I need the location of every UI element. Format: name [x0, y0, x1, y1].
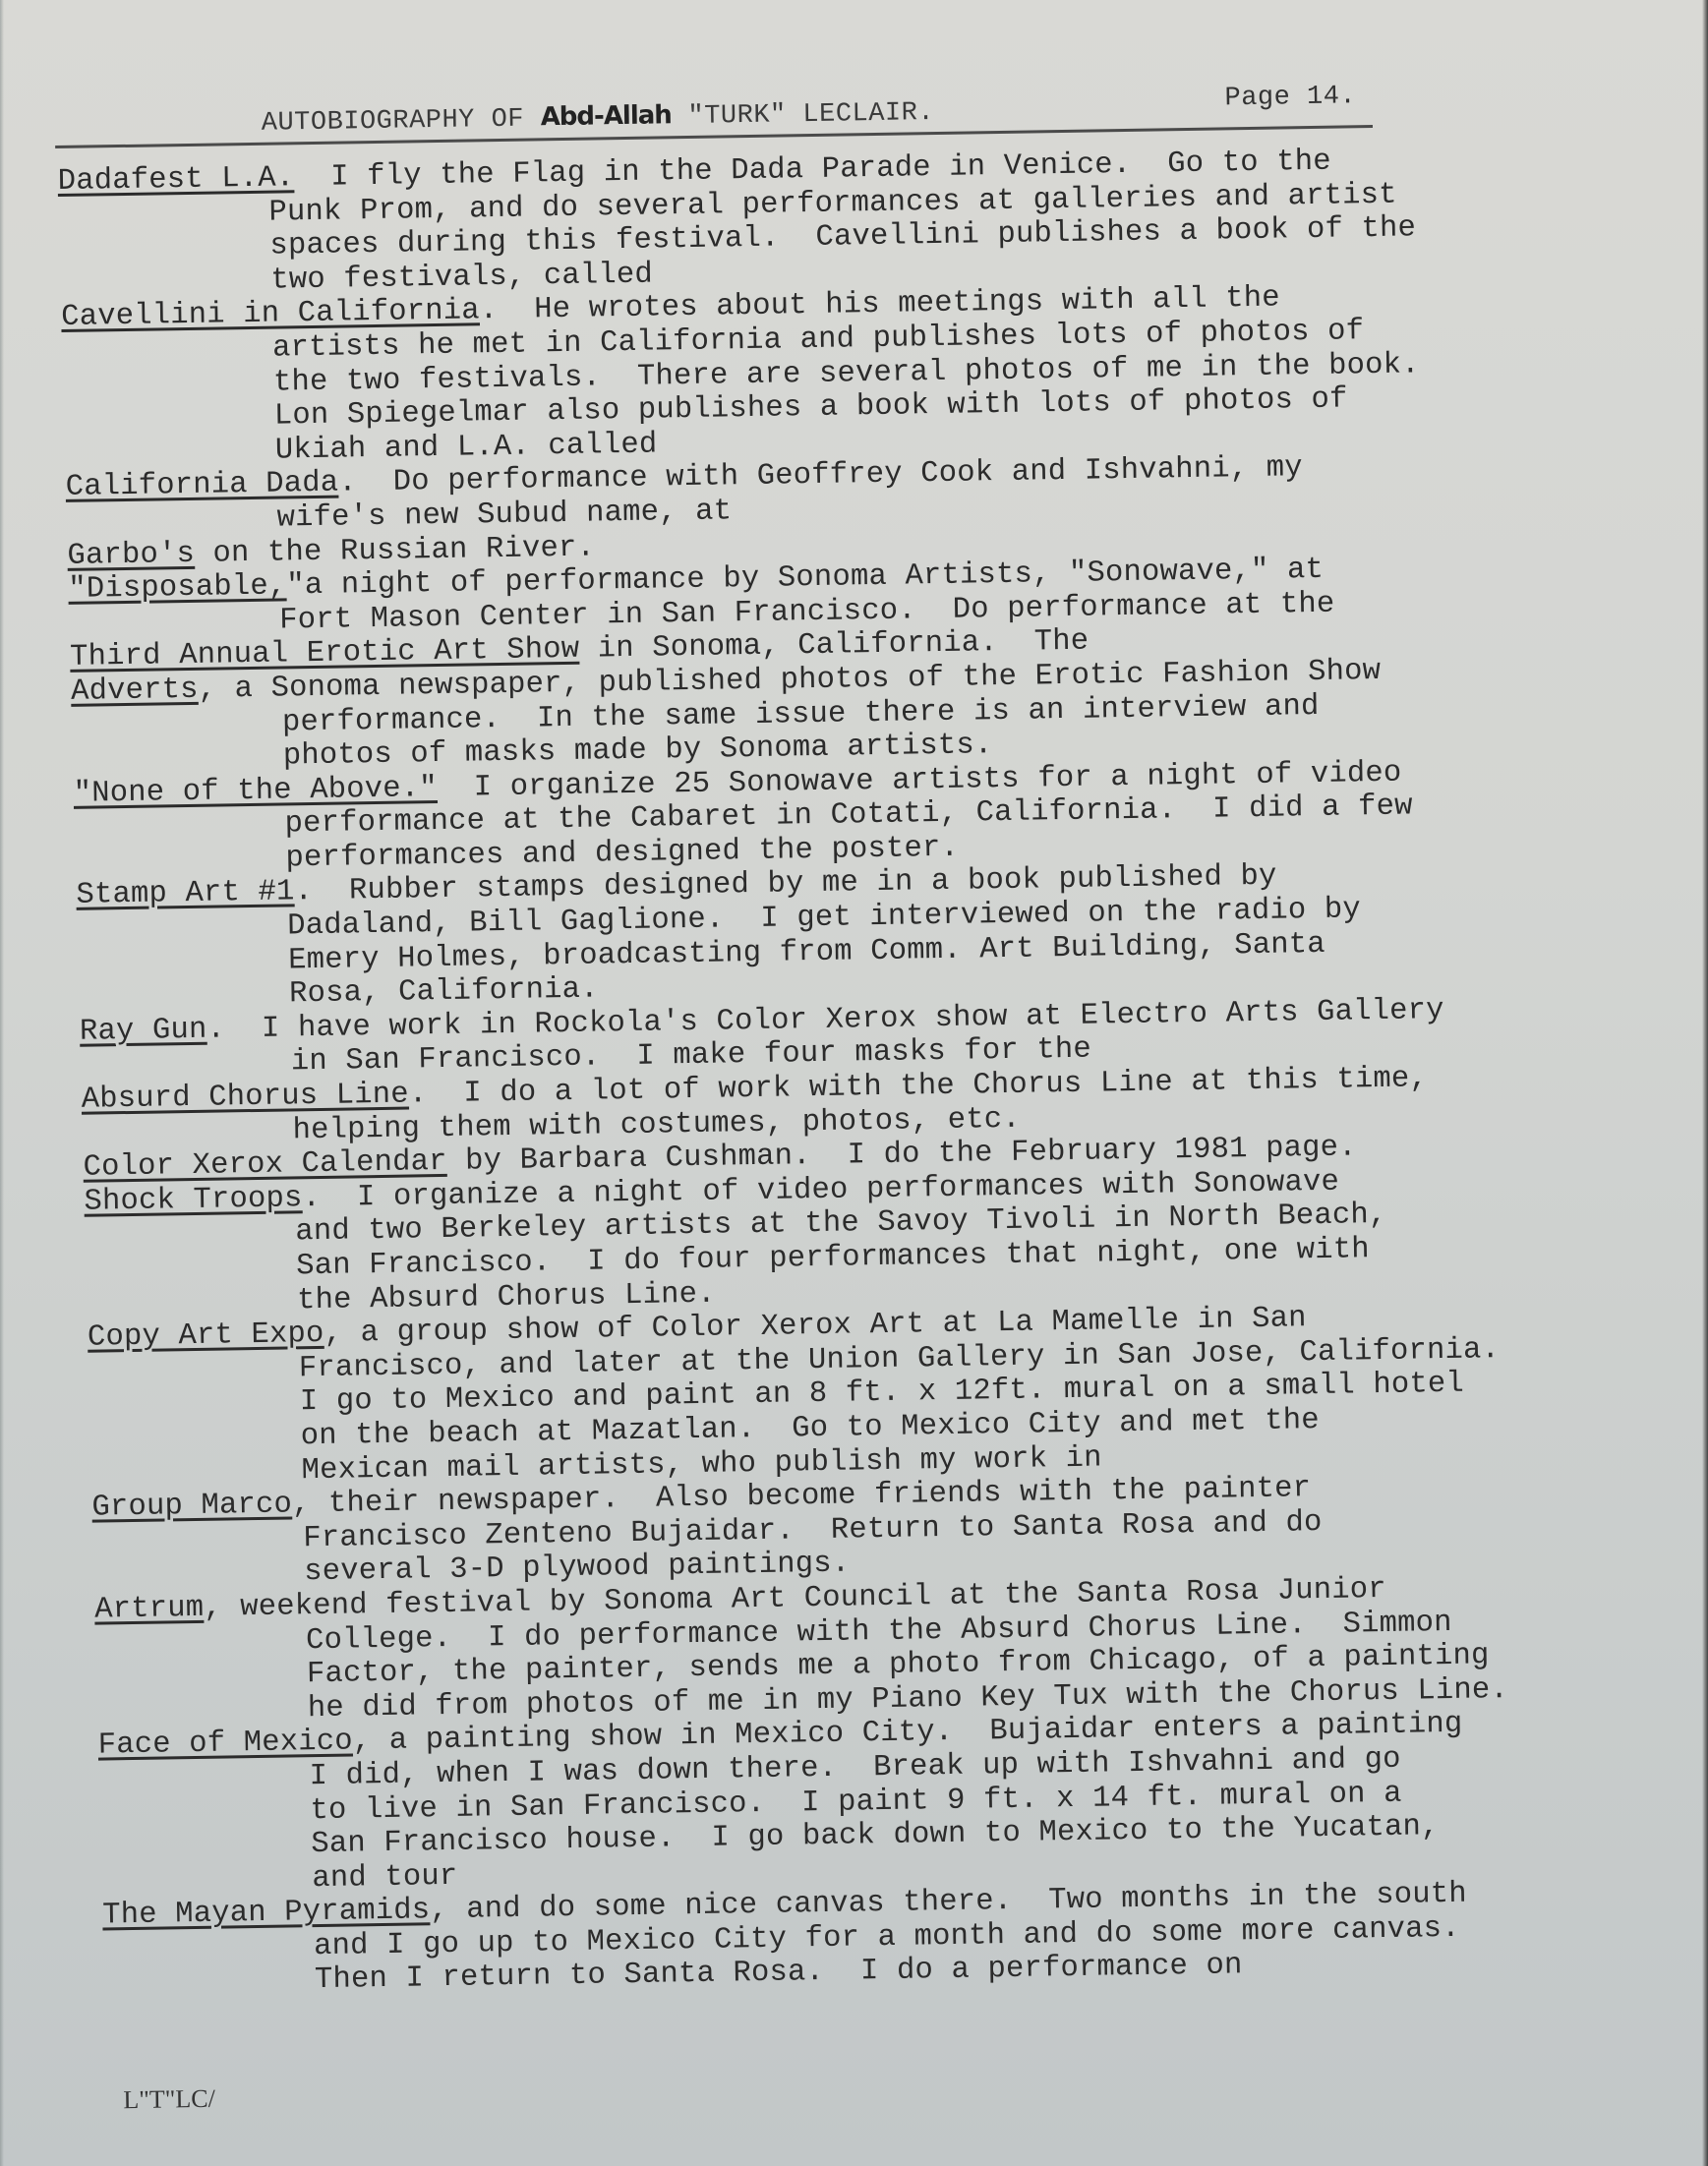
entry-title: Adverts [71, 673, 199, 709]
entry-title: The Mayan Pyramids [102, 1895, 431, 1933]
line-text: Ukiah and L.A. called [275, 428, 658, 467]
entry-title: Absurd Chorus Line [82, 1079, 410, 1117]
line-text: on the Russian River. [195, 531, 596, 570]
line-text: Rosa, California. [289, 973, 599, 1012]
line-text: the Absurd Chorus Line. [297, 1277, 716, 1317]
entry-title: "Disposable, [68, 570, 287, 607]
entry-title: California Dada [65, 467, 338, 504]
page-number: Page 14. [1224, 82, 1356, 113]
entry-title: Artrum [94, 1592, 205, 1627]
line-text: and tour [312, 1860, 458, 1896]
entry-title: Color Xerox Calendar [83, 1145, 447, 1185]
title-suffix: "TURK" LECLAIR. [672, 98, 935, 132]
title-prefix: AUTOBIOGRAPHY OF [262, 104, 541, 138]
typed-page: AUTOBIOGRAPHY OF Abd-Allah "TURK" LECLAI… [0, 0, 1708, 2166]
handwritten-name: Abd-Allah [540, 100, 672, 132]
entry-title: Cavellini in California [61, 295, 480, 335]
entry-title: Shock Troops [84, 1182, 303, 1218]
document-body: Dadafest L.A. I fly the Flag in the Dada… [57, 140, 1698, 2002]
entry-title: Garbo's [67, 537, 195, 572]
entry-title: Ray Gun [80, 1014, 207, 1049]
page-header: AUTOBIOGRAPHY OF Abd-Allah "TURK" LECLAI… [54, 86, 1373, 148]
entry-title: Group Marco [91, 1489, 292, 1525]
entry-title: Stamp Art #1 [76, 876, 295, 912]
footer-initials: L"T"LC/ [123, 2084, 215, 2115]
entry-title: "None of the Above." [74, 772, 439, 811]
entry-title: Face of Mexico [98, 1726, 354, 1763]
document-title: AUTOBIOGRAPHY OF Abd-Allah "TURK" LECLAI… [262, 96, 935, 139]
line-text: two festivals, called [270, 258, 653, 297]
entry-title: Copy Art Expo [88, 1317, 324, 1355]
entry-title: Dadafest L.A. [57, 161, 294, 199]
